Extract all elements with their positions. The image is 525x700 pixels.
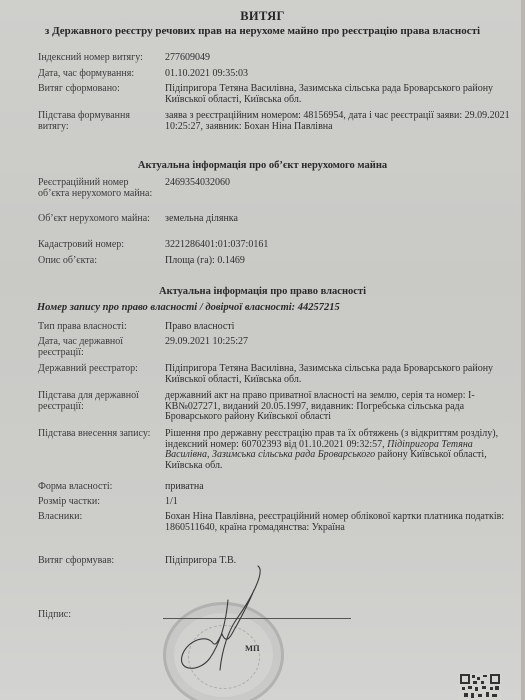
field-value: Право власності [165, 322, 510, 333]
field-label: Дата, час формування: [38, 69, 160, 80]
qr-code-icon [459, 673, 501, 700]
field-label: Форма власності: [38, 482, 160, 493]
field-label: Кадастровий номер: [38, 240, 160, 251]
field-value: 29.09.2021 10:25:27 [165, 337, 510, 348]
field-value: Підіпригора Тетяна Василівна, Зазимська … [165, 364, 510, 385]
field-label: Індексний номер витягу: [38, 53, 160, 64]
field-label: Власники: [38, 512, 160, 523]
field-value: Бохан Ніна Павлівна, реєстраційний номер… [165, 512, 510, 533]
field-label: Державний реєстратор: [38, 364, 160, 375]
field-value: Підіпригора Тетяна Василівна, Зазимська … [165, 84, 510, 105]
field-label: Тип права власності: [38, 322, 160, 333]
field-value: приватна [165, 482, 510, 493]
property-section-heading: Актуальна інформація про об’єкт нерухомо… [0, 160, 525, 171]
field-label: Об’єкт нерухомого майна: [38, 214, 160, 225]
field-value: 1/1 [165, 497, 510, 508]
field-label: Підстава для державної реєстрації: [38, 391, 160, 412]
extract-document-page: ВИТЯГ з Державного реєстру речових прав … [0, 0, 525, 700]
ownership-section-heading: Актуальна інформація про право власності [0, 286, 525, 297]
handwritten-signature-icon [170, 560, 280, 700]
field-value: Площа (га): 0.1469 [165, 256, 510, 267]
field-value: земельна ділянка [165, 214, 510, 225]
field-value: 3221286401:01:037:0161 [165, 240, 510, 251]
document-subtitle: з Державного реєстру речових прав на нер… [0, 25, 525, 37]
field-label: Підпис: [38, 610, 160, 621]
field-value: державний акт на право приватної власнос… [165, 391, 510, 423]
field-label: Підстава формування витягу: [38, 111, 160, 132]
field-value: 2469354032060 [165, 178, 510, 189]
field-label: Реєстраційний номер об’єкта нерухомого м… [38, 178, 160, 199]
field-label: Підстава внесення запису: [38, 429, 160, 440]
ownership-record-number: Номер запису про право власності / довір… [37, 302, 340, 313]
field-value: заява з реєстраційним номером: 48156954,… [165, 111, 510, 132]
paper-edge [521, 0, 525, 700]
field-label: Опис об’єкта: [38, 256, 160, 267]
document-title: ВИТЯГ [0, 9, 525, 24]
field-label: Витяг сформував: [38, 556, 160, 567]
field-value: Рішення про державну реєстрацію прав та … [165, 429, 510, 471]
field-label: Розмір частки: [38, 497, 160, 508]
field-label: Витяг сформовано: [38, 84, 160, 95]
field-label: Дата, час державної реєстрації: [38, 337, 160, 358]
field-value: 277609049 [165, 53, 510, 64]
field-value: 01.10.2021 09:35:03 [165, 69, 510, 80]
